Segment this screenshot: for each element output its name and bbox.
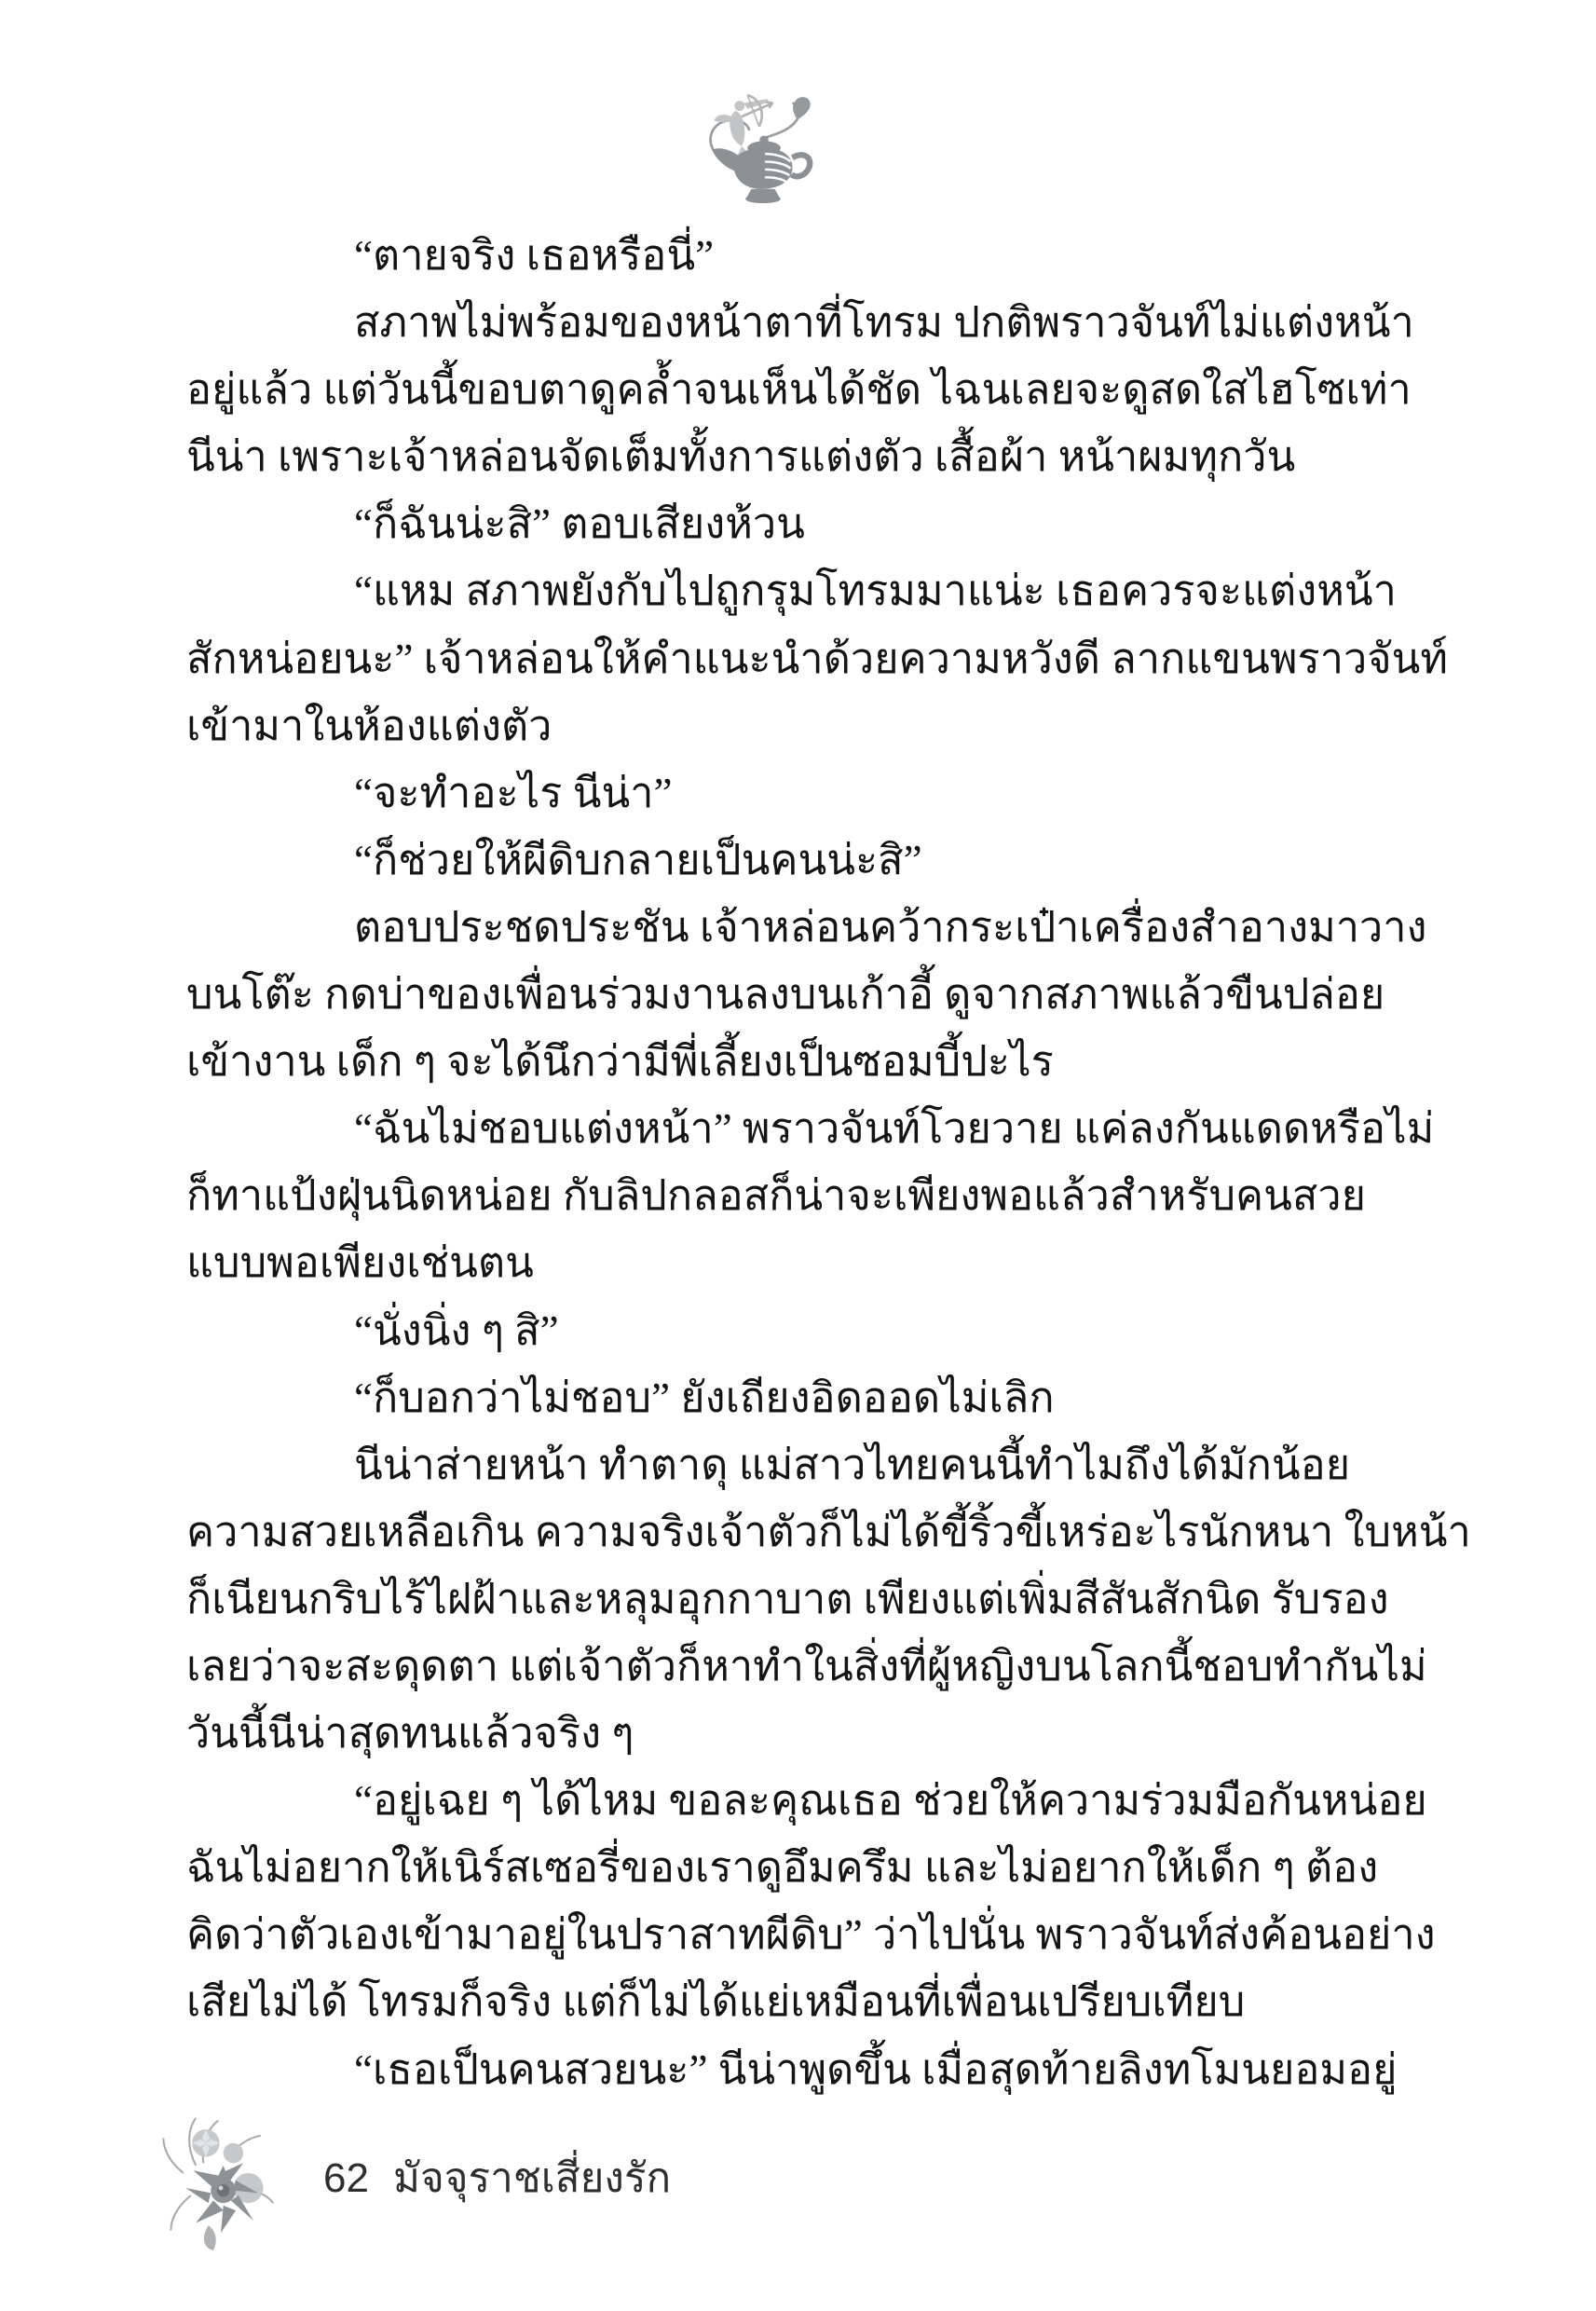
text-line: เสียไม่ได้ โทรมก็จริง แต่ก็ไม่ได้แย่เหมื… — [186, 1968, 1398, 2035]
text-line: สภาพไม่พร้อมของหน้าตาที่โทรม ปกติพราวจัน… — [186, 289, 1398, 356]
text-line: “จะทำอะไร นีน่า” — [186, 759, 1398, 827]
text-line: นีน่า เพราะเจ้าหล่อนจัดเต็มทั้งการแต่งตั… — [186, 423, 1398, 490]
text-line: วันนี้นีน่าสุดทนแล้วจริง ๆ — [186, 1700, 1398, 1767]
text-line: “ฉันไม่ชอบแต่งหน้า” พราวจันท์โวยวาย แค่ล… — [186, 1095, 1398, 1162]
genie-lamp — [712, 136, 792, 204]
flower-ornament-icon — [158, 2113, 283, 2255]
text-line: อยู่แล้ว แต่วันนี้ขอบตาดูคล้ำจนเห็นได้ชั… — [186, 356, 1398, 423]
text-line: “ก็ช่วยให้ผีดิบกลายเป็นคนน่ะสิ” — [186, 827, 1398, 894]
text-line: เลยว่าจะสะดุดตา แต่เจ้าตัวก็หาทำในสิ่งที… — [186, 1633, 1398, 1700]
footer: 62มัจจุราชเสี่ยงรัก — [323, 2154, 671, 2203]
genie-lamp-cupid-icon — [704, 93, 822, 211]
text-line: นีน่าส่ายหน้า ทำตาดุ แม่สาวไทยคนนี้ทำไมถ… — [186, 1431, 1398, 1498]
text-line: แบบพอเพียงเช่นตน — [186, 1229, 1398, 1296]
text-line: เข้างาน เด็ก ๆ จะได้นึกว่ามีพี่เลี้ยงเป็… — [186, 1028, 1398, 1095]
text-line: “แหม สภาพยังกับไปถูกรุมโทรมมาแน่ะ เธอควร… — [186, 557, 1398, 624]
text-line: “ก็บอกว่าไม่ชอบ” ยังเถียงอิดออดไม่เลิก — [186, 1364, 1398, 1431]
body-text: “ตายจริง เธอหรือนี่”สภาพไม่พร้อมของหน้าต… — [186, 222, 1398, 2103]
text-line: ความสวยเหลือเกิน ความจริงเจ้าตัวก็ไม่ได้… — [186, 1498, 1398, 1566]
footer-book-title: มัจจุราชเสี่ยงรัก — [393, 2155, 671, 2201]
text-line: “อยู่เฉย ๆ ได้ไหม ขอละคุณเธอ ช่วยให้ความ… — [186, 1767, 1398, 1834]
text-line: ก็เนียนกริบไร้ไฝฝ้าและหลุมอุกกาบาต เพียง… — [186, 1566, 1398, 1633]
footer-page-number: 62 — [323, 2155, 369, 2201]
text-line: ตอบประชดประชัน เจ้าหล่อนคว้ากระเป๋าเครื่… — [186, 894, 1398, 961]
text-line: “เธอเป็นคนสวยนะ” นีน่าพูดขึ้น เมื่อสุดท้… — [186, 2036, 1398, 2103]
book-page: “ตายจริง เธอหรือนี่”สภาพไม่พร้อมของหน้าต… — [0, 0, 1596, 2311]
text-line: “นั่งนิ่ง ๆ สิ” — [186, 1297, 1398, 1364]
text-line: สักหน่อยนะ” เจ้าหล่อนให้คำแนะนำด้วยความห… — [186, 625, 1398, 692]
text-line: บนโต๊ะ กดบ่าของเพื่อนร่วมงานลงบนเก้าอี้ … — [186, 961, 1398, 1028]
text-line: เข้ามาในห้องแต่งตัว — [186, 692, 1398, 759]
text-line: “ก็ฉันน่ะสิ” ตอบเสียงห้วน — [186, 490, 1398, 557]
text-line: คิดว่าตัวเองเข้ามาอยู่ในปราสาทผีดิบ” ว่า… — [186, 1901, 1398, 1968]
text-line: ฉันไม่อยากให้เนิร์สเซอรี่ของเราดูอึมครึม… — [186, 1834, 1398, 1901]
text-line: ก็ทาแป้งฝุ่นนิดหน่อย กับลิปกลอสก็น่าจะเพ… — [186, 1162, 1398, 1229]
text-line: “ตายจริง เธอหรือนี่” — [186, 222, 1398, 289]
